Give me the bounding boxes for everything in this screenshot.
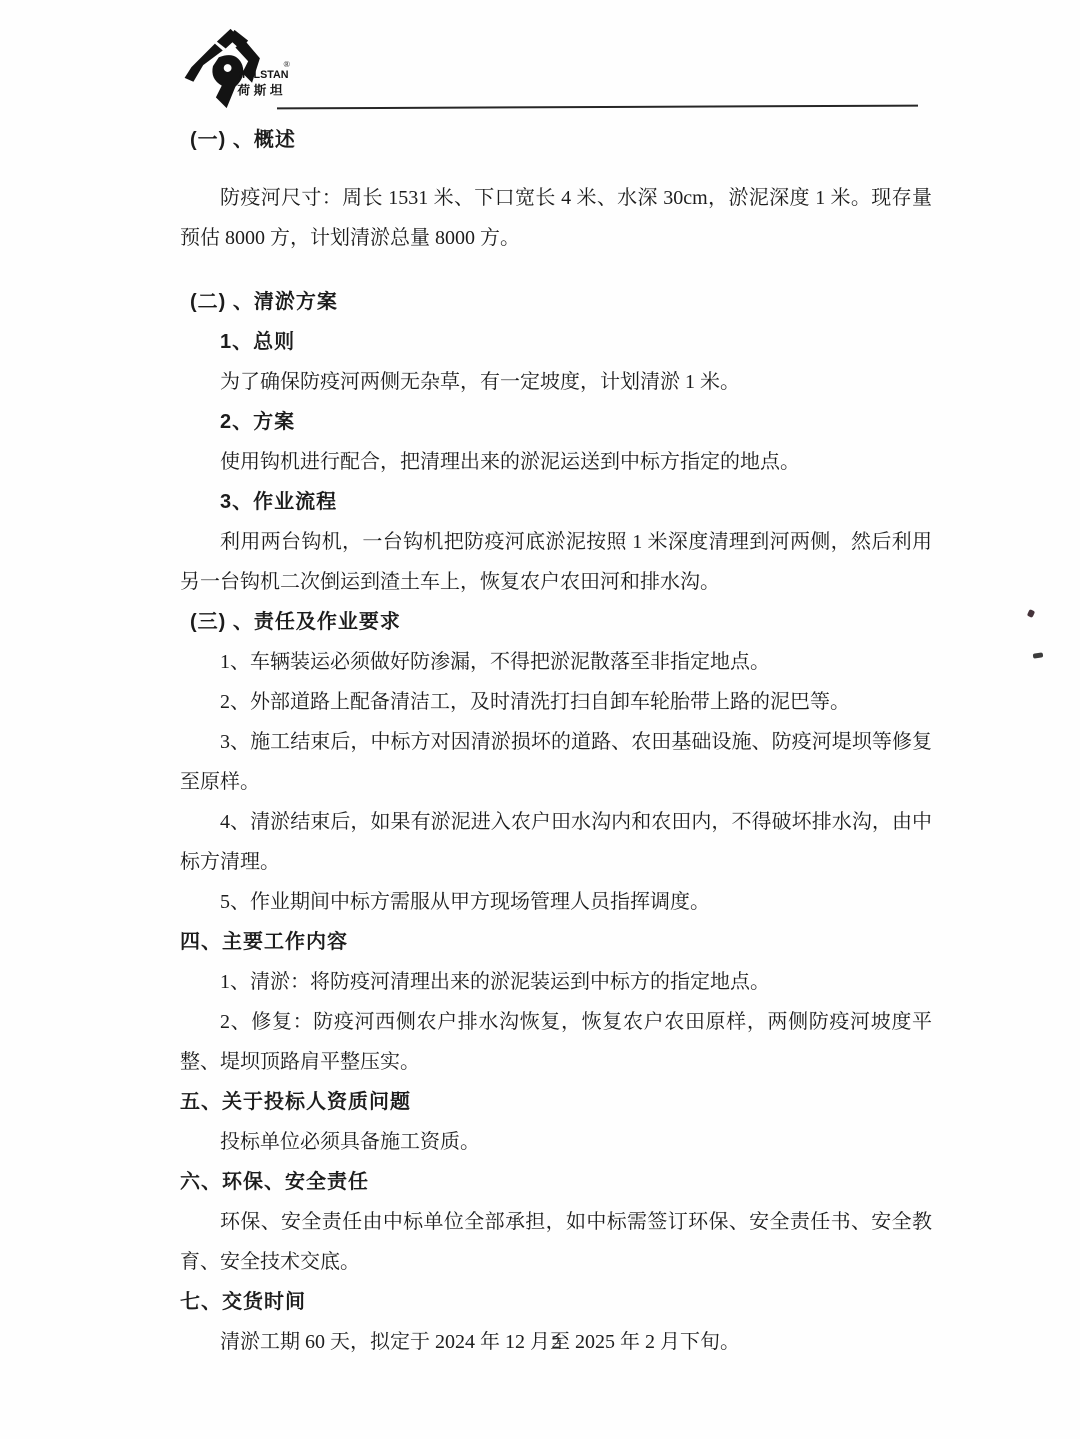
section-heading-qualification: 五、关于投标人资质问题 [180, 1082, 932, 1122]
brand-name-en: HOLSTAN [237, 69, 288, 81]
subsection-heading-scheme: 2、方案 [180, 402, 932, 442]
cow-head-diamond-icon: HOLSTAN ® 荷 斯 坦 [180, 26, 330, 114]
paragraph-workflow: 利用两台钩机，一台钩机把防疫河底淤泥按照 1 米深度清理到河两侧，然后利用另一台… [180, 522, 932, 602]
page-number: 2 [180, 1332, 932, 1353]
paragraph-requirement-2: 2、外部道路上配备清洁工，及时清洗打扫自卸车轮胎带上路的泥巴等。 [180, 682, 932, 722]
paragraph-work-restoration: 2、修复：防疫河西侧农户排水沟恢复，恢复农户农田原样，两侧防疫河坡度平整、堤坝顶… [180, 1002, 932, 1082]
paragraph-requirement-3: 3、施工结束后，中标方对因清淤损坏的道路、农田基础设施、防疫河堤坝等修复至原样。 [180, 722, 932, 802]
section-heading-main-work: 四、主要工作内容 [180, 922, 932, 962]
document-content: (一) 、概述 防疫河尺寸：周长 1531 米、下口宽长 4 米、水深 30cm… [180, 120, 932, 1362]
section-heading-delivery-time: 七、交货时间 [180, 1282, 932, 1322]
paragraph-requirement-1: 1、车辆装运必须做好防渗漏，不得把淤泥散落至非指定地点。 [180, 642, 932, 682]
subsection-heading-workflow: 3、作业流程 [180, 482, 932, 522]
paragraph-principles: 为了确保防疫河两侧无杂草，有一定坡度，计划清淤 1 米。 [180, 362, 932, 402]
trademark-symbol: ® [283, 59, 290, 69]
scan-speck [1027, 609, 1035, 618]
section-heading-overview: (一) 、概述 [190, 120, 932, 160]
brand-logo: HOLSTAN ® 荷 斯 坦 [180, 26, 330, 114]
paragraph-requirement-4: 4、清淤结束后，如果有淤泥进入农户田水沟内和农田内，不得破坏排水沟，由中标方清理… [180, 802, 932, 882]
section-heading-safety: 六、环保、安全责任 [180, 1162, 932, 1202]
paragraph-requirement-5: 5、作业期间中标方需服从甲方现场管理人员指挥调度。 [180, 882, 932, 922]
paragraph-work-dredging: 1、清淤：将防疫河清理出来的淤泥装运到中标方的指定地点。 [180, 962, 932, 1002]
section-heading-dredging-plan: (二) 、清淤方案 [190, 282, 932, 322]
header-rule [277, 105, 918, 110]
document-page: HOLSTAN ® 荷 斯 坦 (一) 、概述 防疫河尺寸：周长 1531 米、… [0, 0, 1080, 1439]
section-heading-requirements: (三) 、责任及作业要求 [190, 602, 932, 642]
brand-name-zh: 荷 斯 坦 [237, 82, 282, 97]
subsection-heading-principles: 1、总则 [180, 322, 932, 362]
paragraph-qualification: 投标单位必须具备施工资质。 [180, 1122, 932, 1162]
paragraph-river-dimensions: 防疫河尺寸：周长 1531 米、下口宽长 4 米、水深 30cm，淤泥深度 1 … [180, 178, 932, 258]
scan-speck [1033, 652, 1044, 658]
paragraph-safety: 环保、安全责任由中标单位全部承担，如中标需签订环保、安全责任书、安全教育、安全技… [180, 1202, 932, 1282]
paragraph-scheme: 使用钩机进行配合，把清理出来的淤泥运送到中标方指定的地点。 [180, 442, 932, 482]
